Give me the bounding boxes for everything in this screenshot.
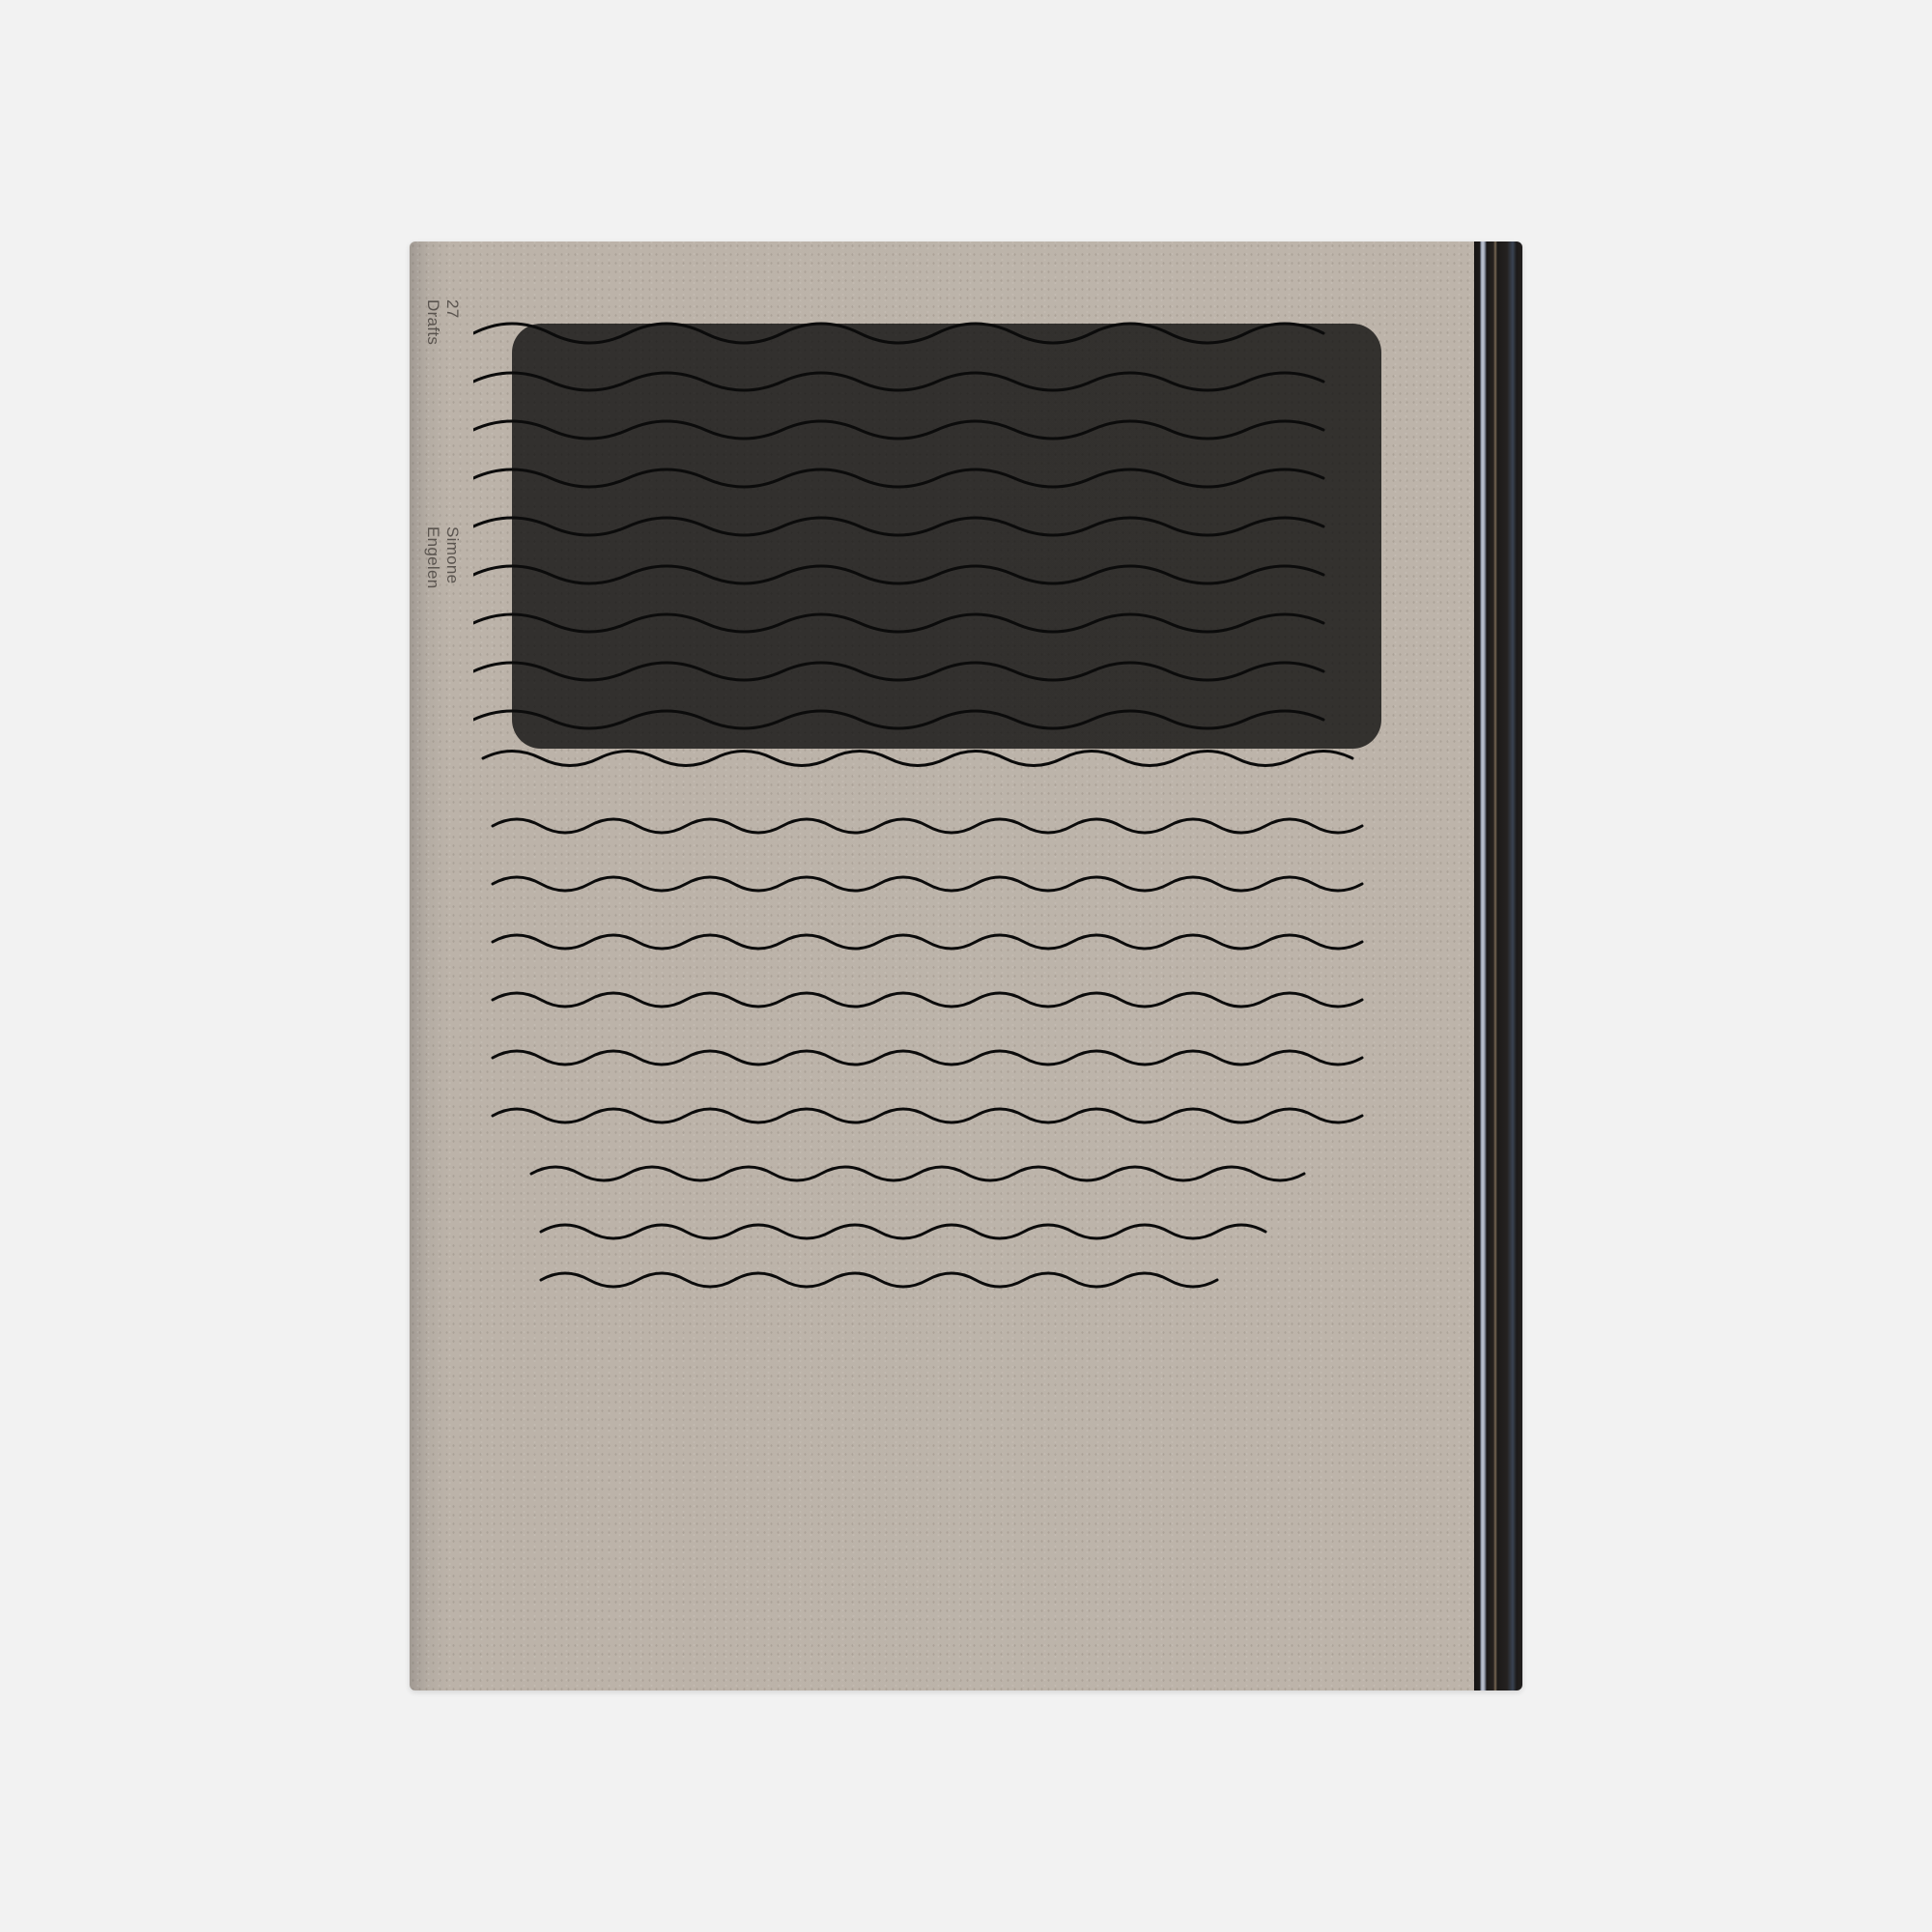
scribble-ink (473, 304, 1430, 1299)
page-edges (1474, 241, 1522, 1690)
book-author: Simone Engelen (423, 526, 462, 588)
handwritten-draft (473, 304, 1430, 1299)
book-title: 27 Drafts (423, 299, 462, 345)
